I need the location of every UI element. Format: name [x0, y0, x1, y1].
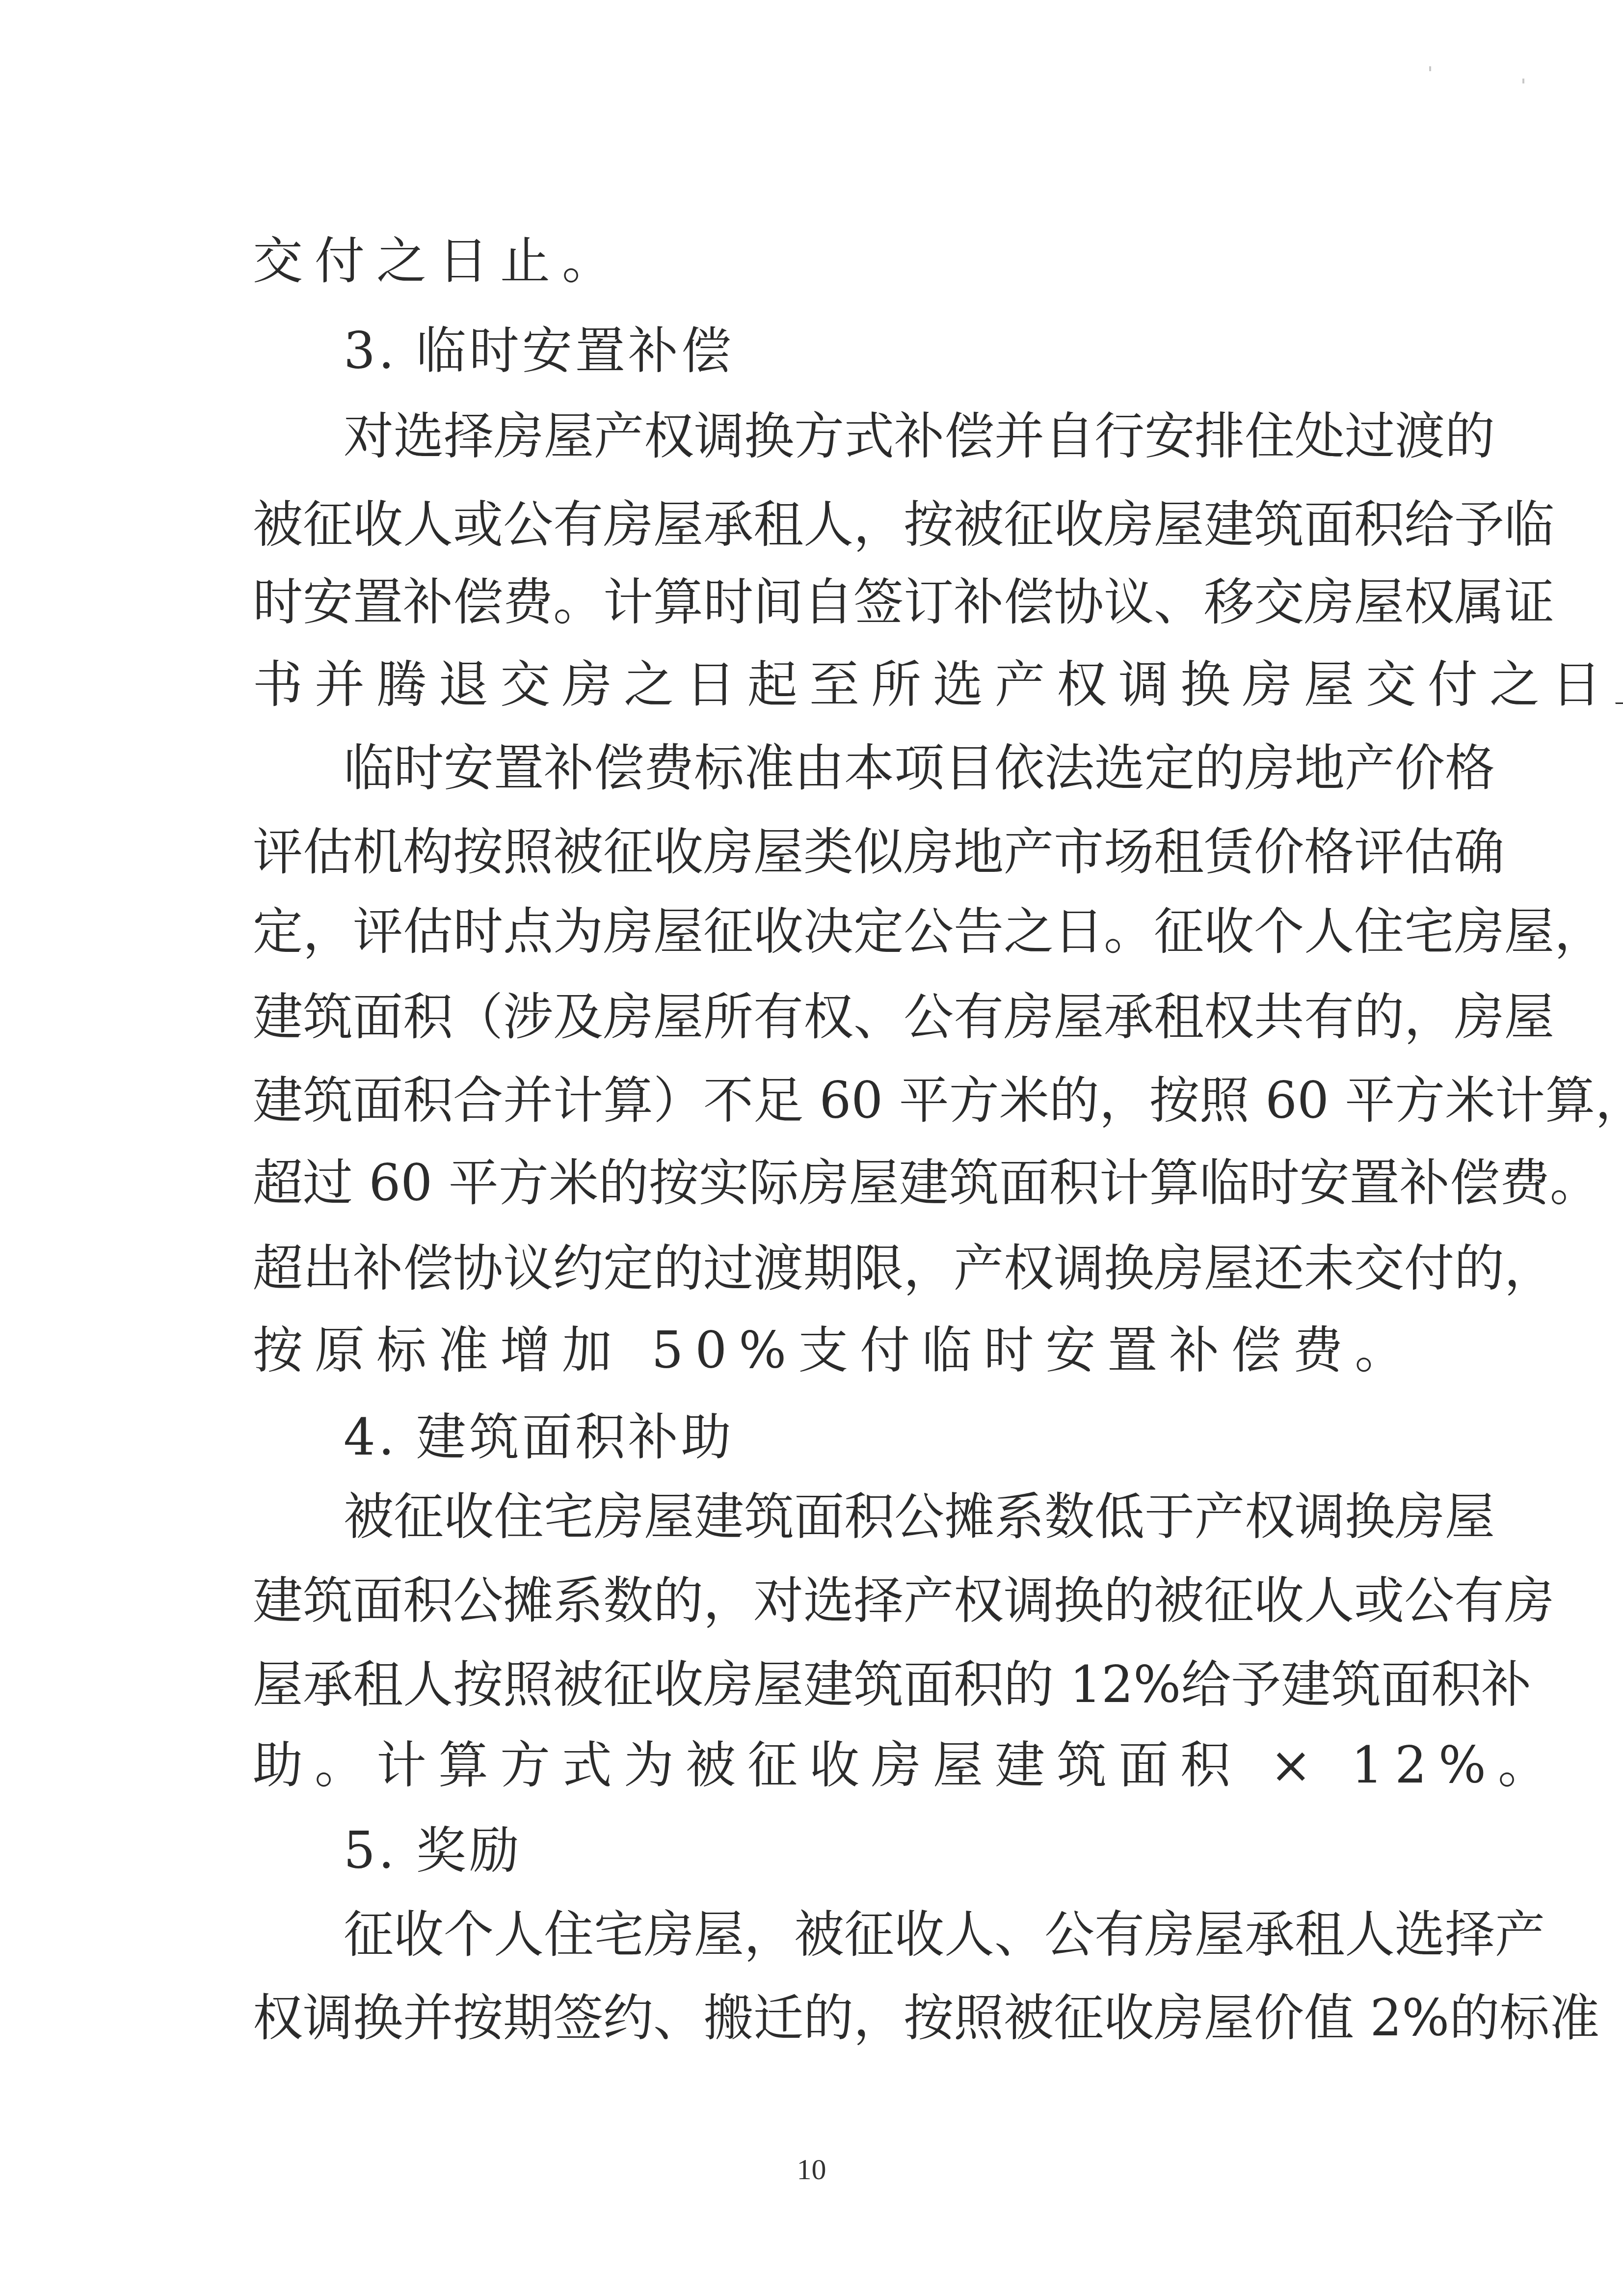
section-heading-5: 5. 奖励: [344, 1819, 1374, 1883]
paragraph-line: 定，评估时点为房屋征收决定公告之日。征收个人住宅房屋，: [253, 900, 1374, 964]
paragraph-line: 屋承租人按照被征收房屋建筑面积的 12%给予建筑面积补: [253, 1653, 1374, 1717]
scan-speck: [1522, 79, 1524, 83]
page-number: 10: [0, 2153, 1623, 2187]
paragraph-line: 交付之日止。: [253, 230, 1374, 294]
document-page: 交付之日止。 3. 临时安置补偿 对选择房屋产权调换方式补偿并自行安排住处过渡的…: [0, 0, 1623, 2296]
paragraph-line: 征收个人住宅房屋，被征收人、公有房屋承租人选择产: [344, 1903, 1374, 1967]
paragraph-line: 超出补偿协议约定的过渡期限，产权调换房屋还未交付的，: [253, 1237, 1374, 1301]
section-heading-4: 4. 建筑面积补助: [344, 1406, 1374, 1470]
scan-speck: [1429, 66, 1431, 71]
paragraph-line: 超过 60 平方米的按实际房屋建筑面积计算临时安置补偿费。: [253, 1152, 1374, 1216]
section-heading-3: 3. 临时安置补偿: [344, 320, 1374, 383]
paragraph-line: 时安置补偿费。计算时间自签订补偿协议、移交房屋权属证: [253, 571, 1374, 635]
paragraph-line: 建筑面积合并计算）不足 60 平方米的，按照 60 平方米计算，: [253, 1069, 1374, 1133]
paragraph-line: 临时安置补偿费标准由本项目依法选定的房地产价格: [344, 737, 1374, 801]
paragraph-line: 被征收人或公有房屋承租人，按被征收房屋建筑面积给予临: [253, 493, 1374, 557]
paragraph-line: 被征收住宅房屋建筑面积公摊系数低于产权调换房屋: [344, 1486, 1374, 1549]
paragraph-line: 助。计算方式为被征收房屋建筑面积 × 12%。: [253, 1734, 1374, 1798]
paragraph-line: 建筑面积公摊系数的，对选择产权调换的被征收人或公有房: [253, 1569, 1374, 1633]
paragraph-line: 对选择房屋产权调换方式补偿并自行安排住处过渡的: [344, 405, 1374, 469]
paragraph-line: 评估机构按照被征收房屋类似房地产市场租赁价格评估确: [253, 821, 1374, 885]
paragraph-line: 书并腾退交房之日起至所选产权调换房屋交付之日止。: [253, 653, 1374, 717]
paragraph-line: 建筑面积（涉及房屋所有权、公有房屋承租权共有的，房屋: [253, 986, 1374, 1050]
paragraph-line: 权调换并按期签约、搬迁的，按照被征收房屋价值 2%的标准: [253, 1987, 1374, 2051]
paragraph-line: 按原标准增加 50%支付临时安置补偿费。: [253, 1319, 1374, 1383]
